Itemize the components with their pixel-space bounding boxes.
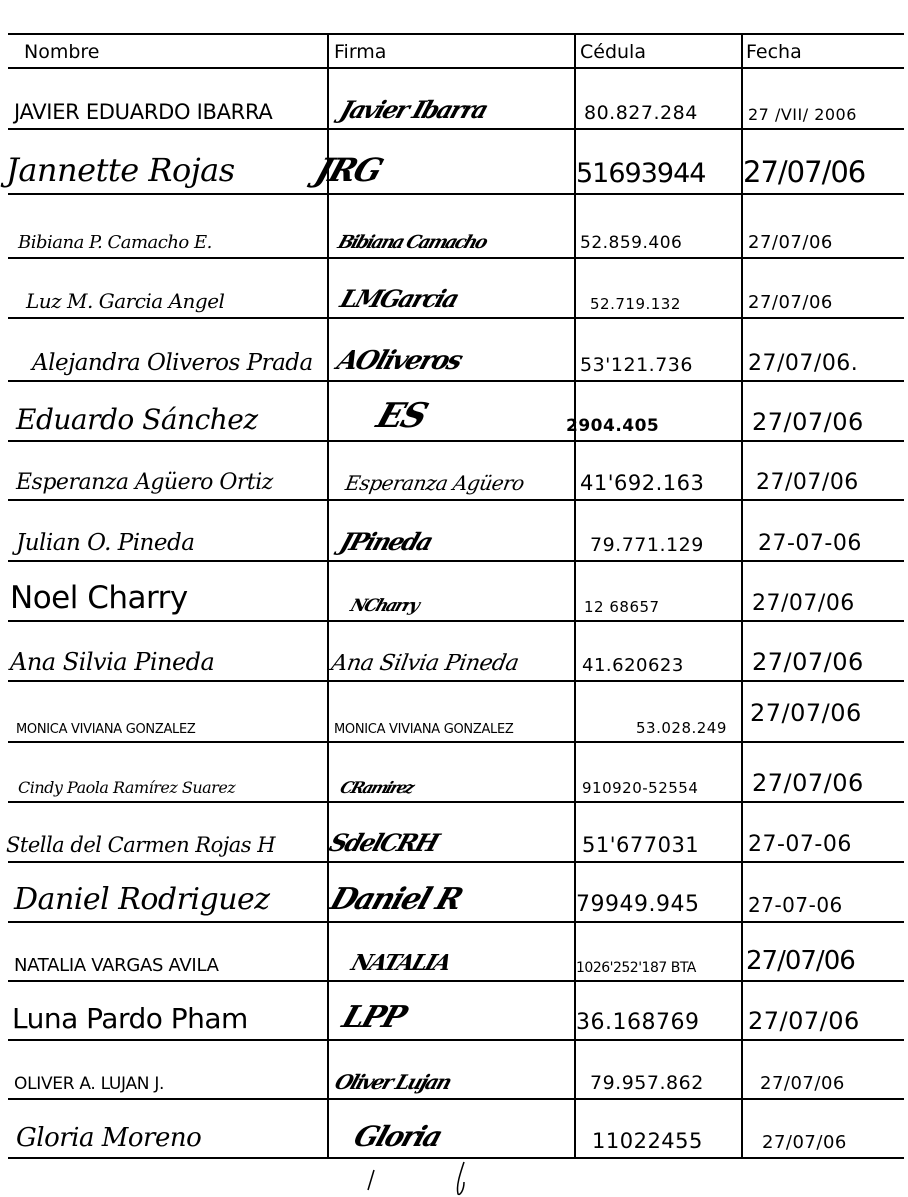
table-row-fecha: 27/07/06 — [752, 561, 855, 620]
table-row-nombre: Julian O. Pineda — [16, 500, 194, 560]
table-row-fecha: 27/07/06 — [756, 441, 859, 499]
table-row-fecha: 27/07/06 — [748, 194, 833, 257]
table-row-cedula: 79.771.129 — [590, 500, 704, 560]
sign-in-sheet: Nombre Firma Cédula Fecha JAVIER EDUARDO… — [0, 0, 908, 1197]
table-row-firma: Bibiana Camacho — [334, 194, 501, 257]
table-row-nombre: Alejandra Oliveros Prada — [32, 318, 313, 380]
header-nombre: Nombre — [24, 34, 100, 67]
table-row-firma: NCharry — [346, 561, 431, 620]
table-row-nombre: Noel Charry — [10, 561, 188, 620]
header-firma: Firma — [334, 34, 386, 67]
stray-pen-marks — [360, 1160, 480, 1197]
table-row-nombre: OLIVER A. LUJAN J. — [14, 1040, 164, 1098]
table-row-fecha: 27-07-06 — [748, 802, 852, 861]
table-row-firma: Oliver Lujan — [331, 1040, 464, 1098]
table-row-firma: ES — [370, 381, 436, 440]
table-row-nombre: Luz M. Garcia Angel — [26, 258, 224, 317]
table-row-nombre: Jannette Rojas — [6, 129, 235, 193]
table-row-firma: CRamirez — [336, 742, 427, 801]
table-row-firma: Esperanza Agüero — [343, 441, 531, 499]
table-row-cedula: 11022455 — [592, 1099, 703, 1157]
table-row-cedula: 12 68657 — [584, 561, 660, 620]
table-row-firma: NATALIA — [347, 922, 463, 980]
table-row-nombre: Gloria Moreno — [16, 1099, 201, 1157]
table-row-fecha: 27/07/06. — [748, 318, 858, 380]
table-row-fecha: 27 /VII/ 2006 — [748, 68, 857, 128]
header-fecha: Fecha — [746, 34, 802, 67]
table-row-fecha: 27/07/06 — [743, 129, 865, 193]
table-row-cedula: 51693944 — [576, 129, 705, 193]
table-row-firma: SdelCRH — [324, 802, 449, 861]
table-row-firma: JPineda — [335, 500, 444, 560]
table-row-nombre: Ana Silvia Pineda — [10, 621, 214, 680]
table-row-cedula: 52.859.406 — [580, 194, 682, 257]
table-row-firma: Ana Silvia Pineda — [329, 621, 526, 680]
table-row-cedula: 53.028.249 — [636, 681, 727, 741]
table-row-cedula: 52.719.132 — [590, 258, 681, 317]
table-row-fecha: 27/07/06 — [752, 621, 864, 680]
table-row-fecha: 27-07-06 — [748, 862, 843, 921]
table-row-cedula: 2904.405 — [566, 381, 659, 440]
table-row-fecha: 27/07/06 — [748, 981, 860, 1039]
table-row-fecha: 27/07/06 — [750, 681, 862, 741]
table-row-nombre: Daniel Rodriguez — [14, 862, 270, 921]
table-row-firma: Daniel R — [324, 862, 472, 921]
table-row-fecha: 27/07/06 — [752, 742, 864, 801]
table-row-fecha: 27/07/06 — [760, 1040, 845, 1098]
table-row-fecha: 27-07-06 — [758, 500, 862, 560]
table-row-fecha: 27/07/06 — [748, 258, 833, 317]
table-row-firma: LPP — [337, 981, 416, 1039]
table-row-cedula: 53'121.736 — [580, 318, 693, 380]
table-row-cedula: 41.620623 — [582, 621, 684, 680]
table-row-cedula: 910920-52554 — [582, 742, 698, 801]
table-row-cedula: 1026'252'187 BTA — [576, 922, 696, 980]
table-row-nombre: Luna Pardo Pham — [12, 981, 248, 1039]
column-divider — [741, 33, 743, 1159]
table-row-nombre: Eduardo Sánchez — [16, 381, 258, 440]
table-row-nombre: MONICA VIVIANA GONZALEZ — [16, 681, 196, 741]
table-row-firma: JRG — [310, 129, 394, 193]
table-row-nombre: Cindy Paola Ramírez Suarez — [18, 742, 235, 801]
table-row-fecha: 27/07/06 — [752, 381, 864, 440]
table-row-nombre: NATALIA VARGAS AVILA — [14, 922, 219, 980]
header-cedula: Cédula — [580, 34, 646, 67]
table-row-fecha: 27/07/06 — [746, 922, 855, 980]
table-row-firma: AOliveros — [332, 318, 474, 380]
table-row-firma: Gloria — [349, 1099, 453, 1157]
table-row-firma: MONICA VIVIANA GONZALEZ — [334, 681, 514, 741]
table-row-firma: Javier Ibarra — [335, 68, 499, 128]
table-row-fecha: 27/07/06 — [762, 1099, 847, 1157]
table-row-cedula: 79.957.862 — [590, 1040, 704, 1098]
table-row-firma: LMGarcia — [335, 258, 470, 317]
table-row-nombre: JAVIER EDUARDO IBARRA — [14, 68, 272, 128]
table-row-cedula: 51'677031 — [582, 802, 699, 861]
table-row-nombre: Esperanza Agüero Ortiz — [16, 441, 273, 499]
table-row-cedula: 79949.945 — [576, 862, 699, 921]
table-row-nombre: Stella del Carmen Rojas H — [6, 802, 275, 861]
table-row-cedula: 41'692.163 — [580, 441, 704, 499]
table-row-cedula: 36.168769 — [576, 981, 699, 1039]
table-row-nombre: Bibiana P. Camacho E. — [18, 194, 212, 257]
column-divider — [327, 33, 329, 1159]
table-row-cedula: 80.827.284 — [584, 68, 698, 128]
table-bottom-rule — [8, 1157, 904, 1159]
